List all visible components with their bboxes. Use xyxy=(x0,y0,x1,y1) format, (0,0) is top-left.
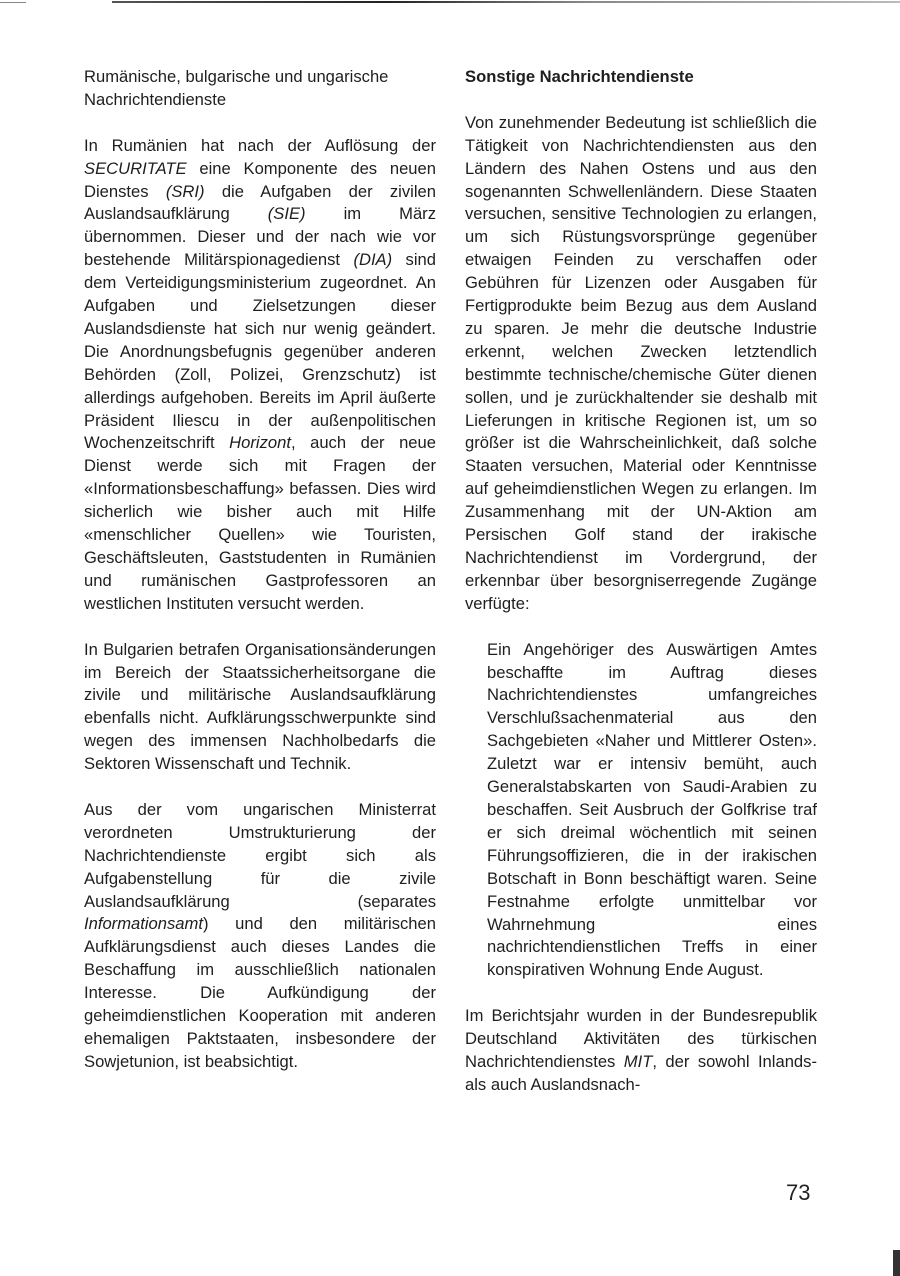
spacer xyxy=(465,616,817,639)
section-heading-other-services: Sonstige Nachrichtendienste xyxy=(465,66,817,89)
emphasis-sri: (SRI) xyxy=(166,182,205,201)
scan-edge-mark-bottom xyxy=(893,1250,900,1276)
spacer xyxy=(465,89,817,112)
emphasis-sie: (SIE) xyxy=(268,204,306,223)
spacer xyxy=(465,982,817,1005)
section-heading-eastern-services: Rumänische, bulgarische und ungarische N… xyxy=(84,66,436,112)
left-column: Rumänische, bulgarische und ungarische N… xyxy=(84,66,436,1074)
spacer xyxy=(84,112,436,135)
emphasis-securitate: SECURITATE xyxy=(84,159,187,178)
scan-edge-mark-left xyxy=(0,2,26,3)
scan-top-rule xyxy=(112,1,900,3)
emphasis-mit: MIT xyxy=(624,1052,653,1071)
emphasis-horizont: Horizont xyxy=(229,433,291,452)
paragraph-hungary: Aus der vom ungarischen Ministerrat vero… xyxy=(84,799,436,1074)
paragraph-turkey: Im Berichtsjahr wurden in der Bundesrepu… xyxy=(465,1005,817,1097)
spacer xyxy=(84,616,436,639)
paragraph-bulgaria: In Bulgarien betrafen Organisationsänder… xyxy=(84,639,436,776)
page-number: 73 xyxy=(786,1180,810,1206)
right-column: Sonstige Nachrichtendienste Von zunehmen… xyxy=(465,66,817,1097)
emphasis-dia: (DIA) xyxy=(353,250,392,269)
paragraph-case-example: Ein Angehöriger des Auswärtigen Amtes be… xyxy=(465,639,817,983)
paragraph-romania: In Rumänien hat nach der Auflösung der S… xyxy=(84,135,436,616)
emphasis-informationsamt: Informationsamt xyxy=(84,914,203,933)
paragraph-middle-east: Von zunehmender Bedeutung ist schließlic… xyxy=(465,112,817,616)
spacer xyxy=(84,776,436,799)
